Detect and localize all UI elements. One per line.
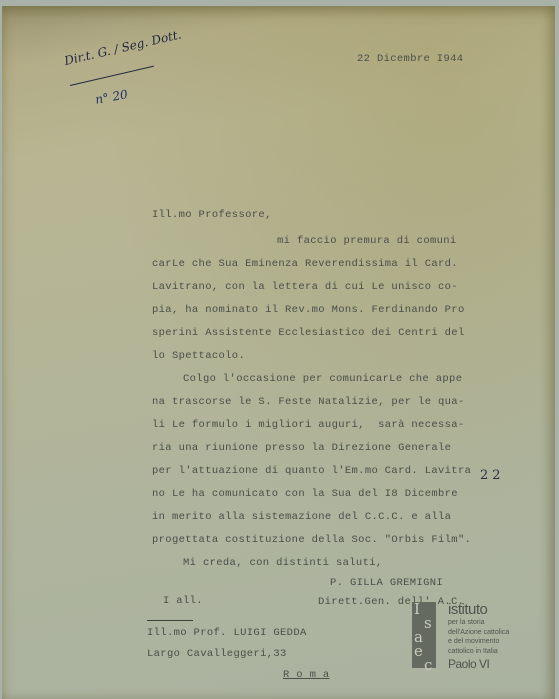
body-line: Lavitrano, con la lettera di cui Le unis… <box>152 281 458 293</box>
body-line: in merito alla sistemazione del C.C.C. e… <box>152 511 451 523</box>
body-line: na trascorse le S. Feste Natalizie, per … <box>152 396 465 408</box>
salutation: Ill.mo Professore, <box>152 209 272 221</box>
logo-line: istituto <box>448 602 509 618</box>
body-line: lo Spettacolo. <box>152 350 245 362</box>
separator-rule <box>147 620 193 621</box>
body-line: no Le ha comunicato con la Sua del I8 Di… <box>152 488 458 500</box>
letter-date: 22 Dicembre I944 <box>357 53 463 65</box>
letter-page <box>2 6 555 699</box>
signature-name: P. GILLA GREMIGNI <box>330 577 443 589</box>
monogram-letter: c <box>414 658 444 672</box>
archive-logo: I s a e c istituto per la storia dell'Az… <box>412 602 522 682</box>
logo-text: istituto per la storia dell'Azione catto… <box>448 602 509 672</box>
recipient-city: R o m a <box>283 669 330 681</box>
body-line: pia, ha nominato il Rev.mo Mons. Ferdina… <box>152 304 465 316</box>
recipient-address: Largo Cavalleggeri,33 <box>147 648 287 660</box>
body-line: li Le formulo i migliori auguri, sarà ne… <box>152 419 465 431</box>
logo-line: dell'Azione cattolica <box>448 628 509 638</box>
logo-line: e del movimento <box>448 637 509 647</box>
body-line: carLe che Sua Eminenza Reverendissima il… <box>152 258 458 270</box>
logo-line: Paolo VI <box>448 656 509 672</box>
body-line: Colgo l'occasione per comunicarLe che ap… <box>183 373 462 385</box>
logo-line: per la storia <box>448 618 509 628</box>
body-line: sperini Assistente Ecclesiastico dei Cen… <box>152 327 465 339</box>
closing-line: Mi creda, con distinti saluti, <box>183 557 383 569</box>
enclosure-note: I all. <box>163 595 203 607</box>
body-line: mi faccio premura di comuni <box>277 235 457 247</box>
logo-line: cattolico in Italia <box>448 647 509 657</box>
recipient-name: Ill.mo Prof. LUIGI GEDDA <box>147 627 307 639</box>
logo-monogram: I s a e c <box>414 602 444 672</box>
body-line: progettata costituzione della Soc. "Orbi… <box>152 534 471 546</box>
body-line: ria una riunione presso la Direzione Gen… <box>152 442 451 454</box>
body-line: per l'attuazione di quanto l'Em.mo Card.… <box>152 465 471 477</box>
handwritten-page-number: 22 <box>480 468 505 483</box>
